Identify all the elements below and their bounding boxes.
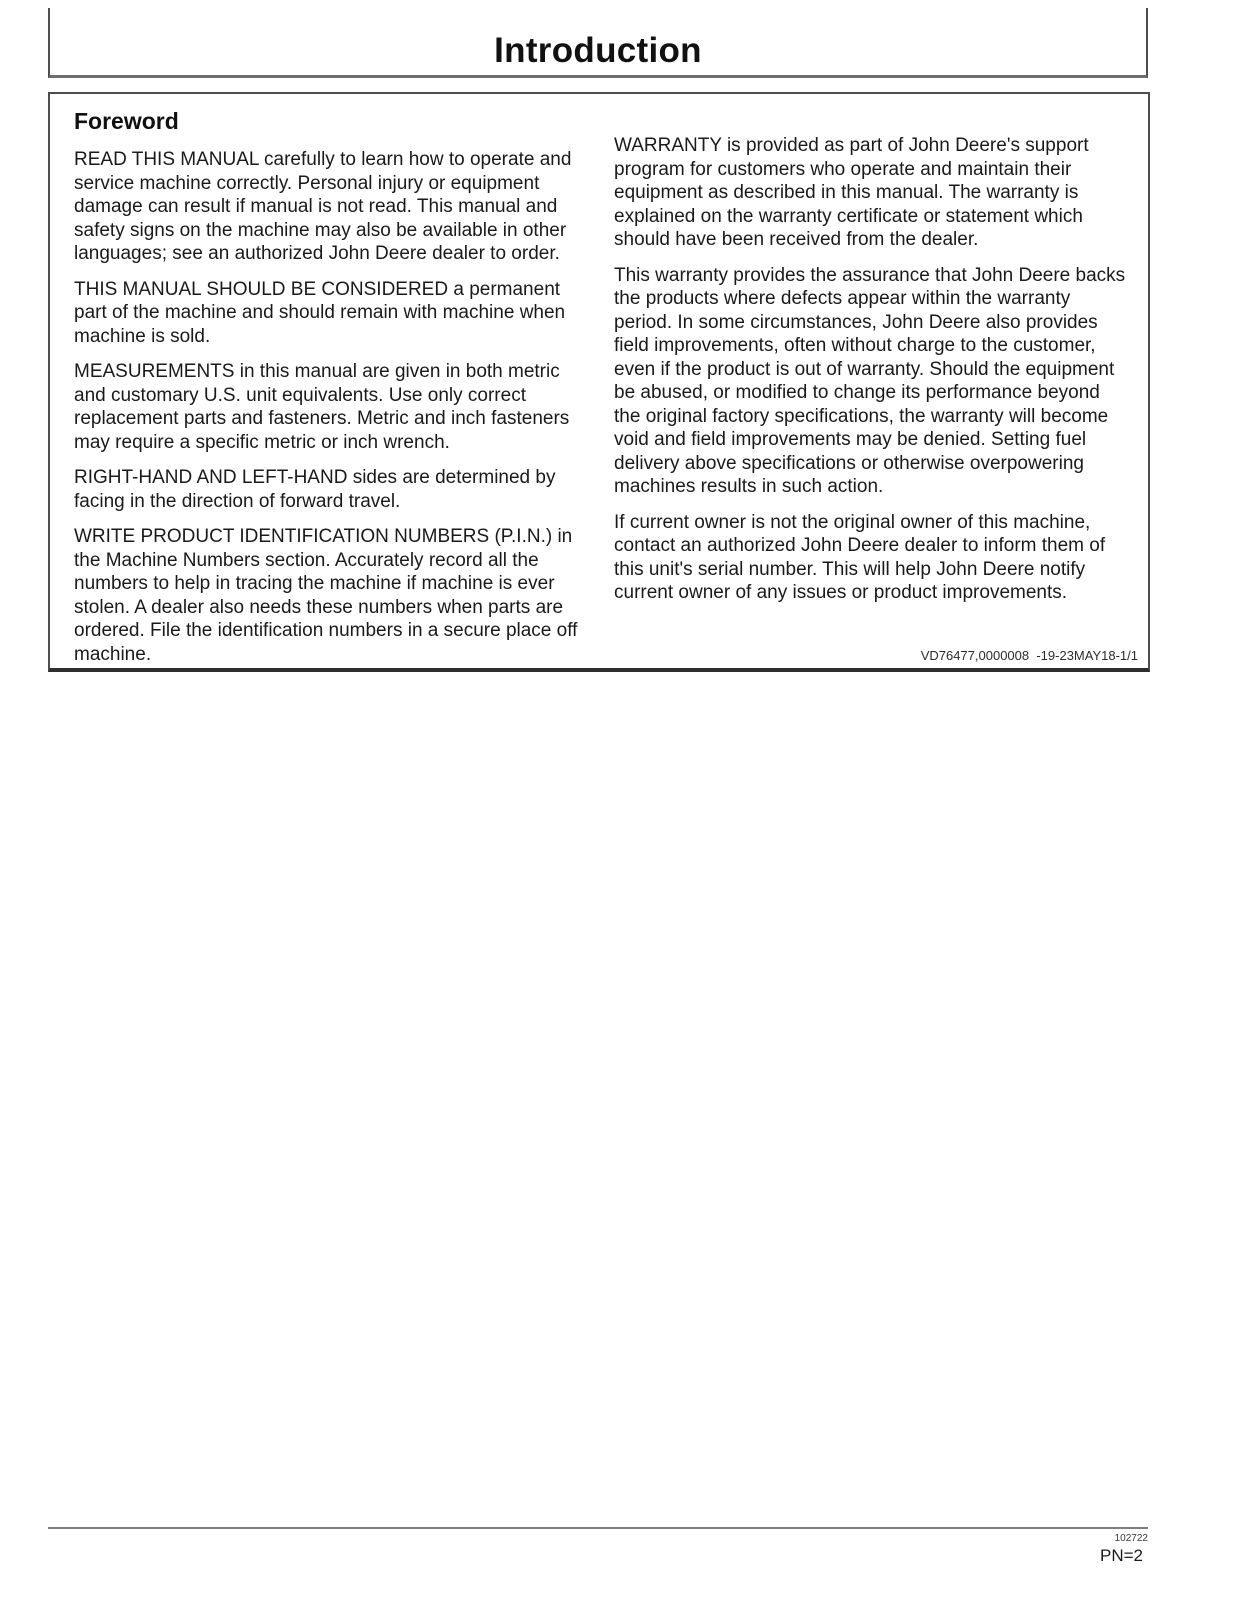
reference-code: VD76477,0000008 -19-23MAY18-1/1 <box>921 648 1138 663</box>
paragraph-write-pin: WRITE PRODUCT IDENTIFICATION NUMBERS (P.… <box>74 525 588 666</box>
paragraph-read-this-manual: READ THIS MANUAL carefully to learn how … <box>74 148 588 266</box>
left-column: Foreword READ THIS MANUAL carefully to l… <box>74 108 588 678</box>
paragraph-manual-permanent-part: THIS MANUAL SHOULD BE CONSIDERED a perma… <box>74 278 588 349</box>
two-column-layout: Foreword READ THIS MANUAL carefully to l… <box>74 108 1128 678</box>
footer-rule <box>48 1527 1148 1529</box>
foreword-heading: Foreword <box>74 108 588 134</box>
paragraph-warranty-assurance: This warranty provides the assurance tha… <box>614 264 1128 499</box>
paragraph-measurements: MEASUREMENTS in this manual are given in… <box>74 360 588 454</box>
print-code: 102722 <box>48 1533 1148 1544</box>
page-title: Introduction <box>494 33 702 68</box>
right-column: WARRANTY is provided as part of John Dee… <box>614 108 1128 678</box>
paragraph-right-left-hand: RIGHT-HAND AND LEFT-HAND sides are deter… <box>74 466 588 513</box>
section-title-box: Introduction <box>48 8 1148 78</box>
page-number: PN=2 <box>48 1546 1143 1566</box>
paragraph-warranty-provided: WARRANTY is provided as part of John Dee… <box>614 134 1128 252</box>
foreword-section-box: Foreword READ THIS MANUAL carefully to l… <box>48 92 1150 672</box>
paragraph-current-owner: If current owner is not the original own… <box>614 511 1128 605</box>
